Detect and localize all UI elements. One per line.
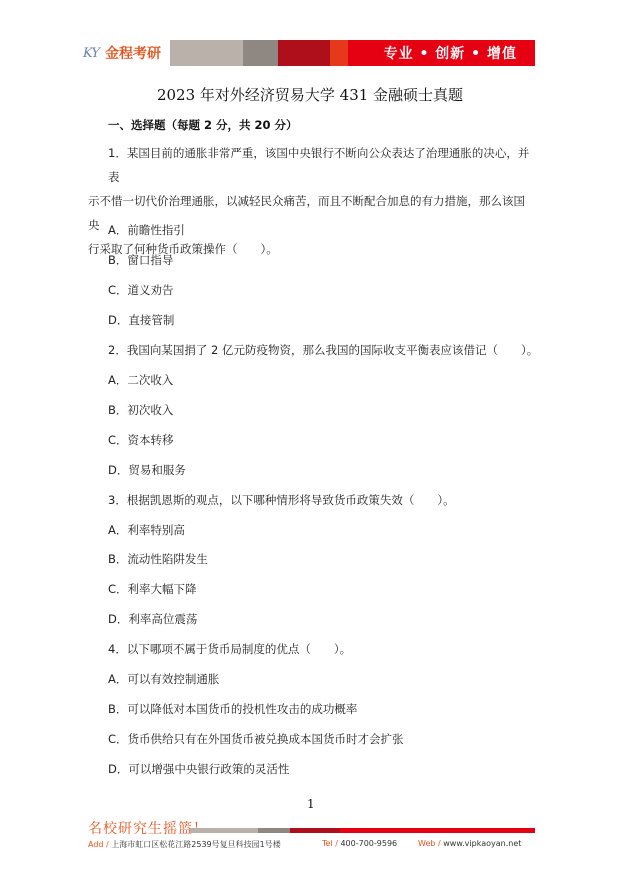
option-3a: A．利率特别高 — [108, 522, 185, 538]
banner-segment — [170, 40, 243, 66]
header-banner: KY 金程考研 专业 • 创新 • 增值 — [80, 40, 535, 66]
slogan: 专业 • 创新 • 增值 — [384, 43, 517, 63]
option-1d: D．直接管制 — [108, 312, 174, 328]
footer-bar-segment — [340, 828, 535, 833]
logo: KY 金程考研 — [80, 40, 170, 66]
option-2d: D．贸易和服务 — [108, 462, 186, 478]
footer-bar-segment — [290, 828, 340, 833]
option-1c: C．道义劝告 — [108, 282, 174, 298]
section-heading: 一、选择题（每题 2 分，共 20 分） — [108, 117, 298, 133]
document-title: 2023 年对外经济贸易大学 431 金融硕士真题 — [0, 84, 620, 105]
web-label: Web / — [418, 839, 441, 848]
page-number: 1 — [307, 797, 315, 811]
banner-slogan-block: 专业 • 创新 • 增值 — [348, 40, 535, 66]
option-4d: D．可以增强中央银行政策的灵活性 — [108, 761, 289, 777]
question-2-stem: 2．我国向某国捐了 2 亿元防疫物资，那么我国的国际收支平衡表应该借记（ ）。 — [108, 342, 538, 358]
stem-line: 1．某国目前的通胀非常严重，该国中央银行不断向公众表达了治理通胀的决心，并表 — [88, 141, 534, 189]
address-text: 上海市虹口区松花江路2539号复旦科技园1号楼 — [111, 840, 280, 849]
banner-segment — [330, 40, 348, 66]
footer-web: Web / www.vipkaoyan.net — [418, 839, 521, 848]
footer-bar-segment — [190, 828, 258, 833]
question-4-stem: 4．以下哪项不属于货币局制度的优点（ ）。 — [108, 641, 351, 657]
option-1b: B．窗口指导 — [108, 252, 173, 268]
logo-mark-icon: KY — [83, 46, 105, 61]
option-3b: B．流动性陷阱发生 — [108, 551, 208, 567]
option-2b: B．初次收入 — [108, 402, 173, 418]
option-4c: C．货币供给只有在外国货币被兑换成本国货币时才会扩张 — [108, 731, 404, 747]
brand-name: 金程考研 — [105, 43, 161, 63]
question-1-stem: 1．某国目前的通胀非常严重，该国中央银行不断向公众表达了治理通胀的决心，并表 示… — [88, 141, 534, 261]
option-3d: D．利率高位震荡 — [108, 611, 197, 627]
footer-bar — [190, 828, 535, 833]
footer-address: Add / 上海市虹口区松花江路2539号复旦科技园1号楼 — [88, 839, 281, 850]
tel-label: Tel / — [322, 839, 338, 848]
option-3c: C．利率大幅下降 — [108, 581, 197, 597]
option-4a: A．可以有效控制通胀 — [108, 671, 219, 687]
option-1a: A．前瞻性指引 — [108, 222, 185, 238]
tel-text: 400-700-9596 — [340, 839, 397, 848]
question-3-stem: 3．根据凯恩斯的观点，以下哪种情形将导致货币政策失效（ ）。 — [108, 492, 455, 508]
option-2a: A．二次收入 — [108, 372, 173, 388]
footer-bar-segment — [258, 828, 290, 833]
banner-segment — [243, 40, 278, 66]
web-link[interactable]: www.vipkaoyan.net — [443, 839, 521, 848]
banner-segment — [278, 40, 330, 66]
address-label: Add / — [88, 840, 109, 849]
option-2c: C．资本转移 — [108, 432, 174, 448]
footer-tel: Tel / 400-700-9596 — [322, 839, 397, 848]
option-4b: B．可以降低对本国货币的投机性攻击的成功概率 — [108, 701, 357, 717]
